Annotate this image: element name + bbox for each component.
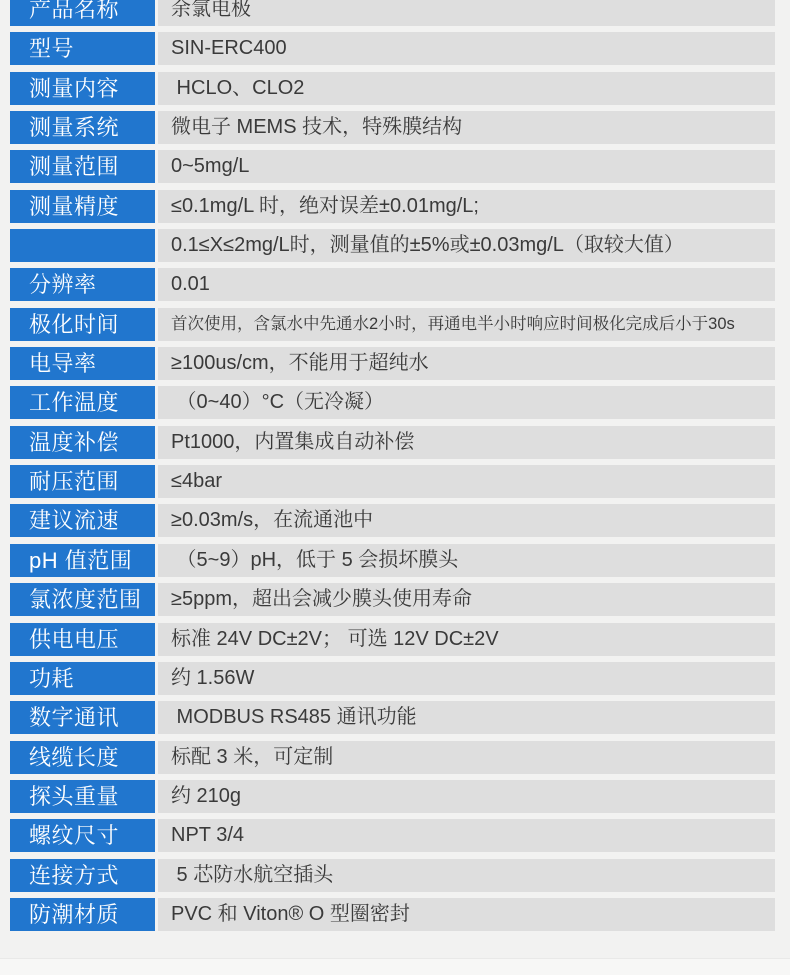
table-row: 氯浓度范围≥5ppm，超出会减少膜头使用寿命: [10, 583, 775, 616]
row-value: ≥5ppm，超出会减少膜头使用寿命: [158, 583, 775, 616]
row-label: 测量范围: [10, 150, 155, 183]
table-row: 线缆长度标配 3 米，可定制: [10, 741, 775, 774]
row-label: 温度补偿: [10, 426, 155, 459]
table-row: 测量内容 HCLO、CLO2: [10, 72, 775, 105]
row-label: 数字通讯: [10, 701, 155, 734]
row-value: 余氯电极: [158, 0, 775, 26]
row-value: NPT 3/4: [158, 819, 775, 852]
row-value: 0.1≤X≤2mg/L时，测量值的±5%或±0.03mg/L（取较大值）: [158, 229, 775, 262]
table-row: 供电电压标准 24V DC±2V； 可选 12V DC±2V: [10, 623, 775, 656]
row-value: （5~9）pH，低于 5 会损坏膜头: [158, 544, 775, 577]
table-row: 功耗约 1.56W: [10, 662, 775, 695]
row-value: PVC 和 Viton® O 型圈密封: [158, 898, 775, 931]
row-value: 标准 24V DC±2V； 可选 12V DC±2V: [158, 623, 775, 656]
row-value: MODBUS RS485 通讯功能: [158, 701, 775, 734]
row-label: 供电电压: [10, 623, 155, 656]
row-value: 0.01: [158, 268, 775, 301]
section-divider: [0, 958, 790, 975]
table-row: 探头重量约 210g: [10, 780, 775, 813]
table-row: 耐压范围≤4bar: [10, 465, 775, 498]
row-value: 微电子 MEMS 技术，特殊膜结构: [158, 111, 775, 144]
table-row: 连接方式 5 芯防水航空插头: [10, 859, 775, 892]
row-label: 防潮材质: [10, 898, 155, 931]
row-label: 螺纹尺寸: [10, 819, 155, 852]
row-value: ≥0.03m/s，在流通池中: [158, 504, 775, 537]
row-label: 分辨率: [10, 268, 155, 301]
row-value: SIN-ERC400: [158, 32, 775, 65]
row-label: 氯浓度范围: [10, 583, 155, 616]
row-label: 功耗: [10, 662, 155, 695]
table-row: 极化时间首次使用，含氯水中先通水2小时，再通电半小时响应时间极化完成后小于30s: [10, 308, 775, 341]
row-value: 0~5mg/L: [158, 150, 775, 183]
table-row: 工作温度 （0~40）°C（无冷凝）: [10, 386, 775, 419]
row-label: 线缆长度: [10, 741, 155, 774]
row-value: ≥100us/cm，不能用于超纯水: [158, 347, 775, 380]
row-label: 探头重量: [10, 780, 155, 813]
row-label: 型号: [10, 32, 155, 65]
table-row: 型号SIN-ERC400: [10, 32, 775, 65]
row-value: 首次使用，含氯水中先通水2小时，再通电半小时响应时间极化完成后小于30s: [158, 308, 775, 341]
table-row: 分辨率0.01: [10, 268, 775, 301]
row-label: 产品名称: [10, 0, 155, 26]
table-row: 测量系统微电子 MEMS 技术，特殊膜结构: [10, 111, 775, 144]
row-label: pH 值范围: [10, 544, 155, 577]
row-value: 5 芯防水航空插头: [158, 859, 775, 892]
row-value: ≤0.1mg/L 时，绝对误差±0.01mg/L;: [158, 190, 775, 223]
table-row: 建议流速≥0.03m/s，在流通池中: [10, 504, 775, 537]
table-row: 测量范围0~5mg/L: [10, 150, 775, 183]
row-label: 连接方式: [10, 859, 155, 892]
row-label: 耐压范围: [10, 465, 155, 498]
table-row: 电导率≥100us/cm，不能用于超纯水: [10, 347, 775, 380]
table-row: 产品名称余氯电极: [10, 0, 775, 26]
row-value: （0~40）°C（无冷凝）: [158, 386, 775, 419]
row-label: 建议流速: [10, 504, 155, 537]
row-label: 极化时间: [10, 308, 155, 341]
row-label: 测量内容: [10, 72, 155, 105]
table-row: pH 值范围 （5~9）pH，低于 5 会损坏膜头: [10, 544, 775, 577]
row-label: 电导率: [10, 347, 155, 380]
table-row: 螺纹尺寸NPT 3/4: [10, 819, 775, 852]
table-row: 0.1≤X≤2mg/L时，测量值的±5%或±0.03mg/L（取较大值）: [10, 229, 775, 262]
table-row: 数字通讯 MODBUS RS485 通讯功能: [10, 701, 775, 734]
table-row: 温度补偿Pt1000，内置集成自动补偿: [10, 426, 775, 459]
row-value: HCLO、CLO2: [158, 72, 775, 105]
table-row: 防潮材质PVC 和 Viton® O 型圈密封: [10, 898, 775, 931]
row-value: 约 210g: [158, 780, 775, 813]
row-value: 约 1.56W: [158, 662, 775, 695]
table-row: 测量精度≤0.1mg/L 时，绝对误差±0.01mg/L;: [10, 190, 775, 223]
row-label: [10, 229, 155, 262]
row-label: 工作温度: [10, 386, 155, 419]
row-value: 标配 3 米，可定制: [158, 741, 775, 774]
row-label: 测量系统: [10, 111, 155, 144]
row-value: Pt1000，内置集成自动补偿: [158, 426, 775, 459]
spec-table: 产品名称余氯电极型号SIN-ERC400测量内容 HCLO、CLO2测量系统微电…: [10, 0, 775, 937]
row-label: 测量精度: [10, 190, 155, 223]
row-value: ≤4bar: [158, 465, 775, 498]
